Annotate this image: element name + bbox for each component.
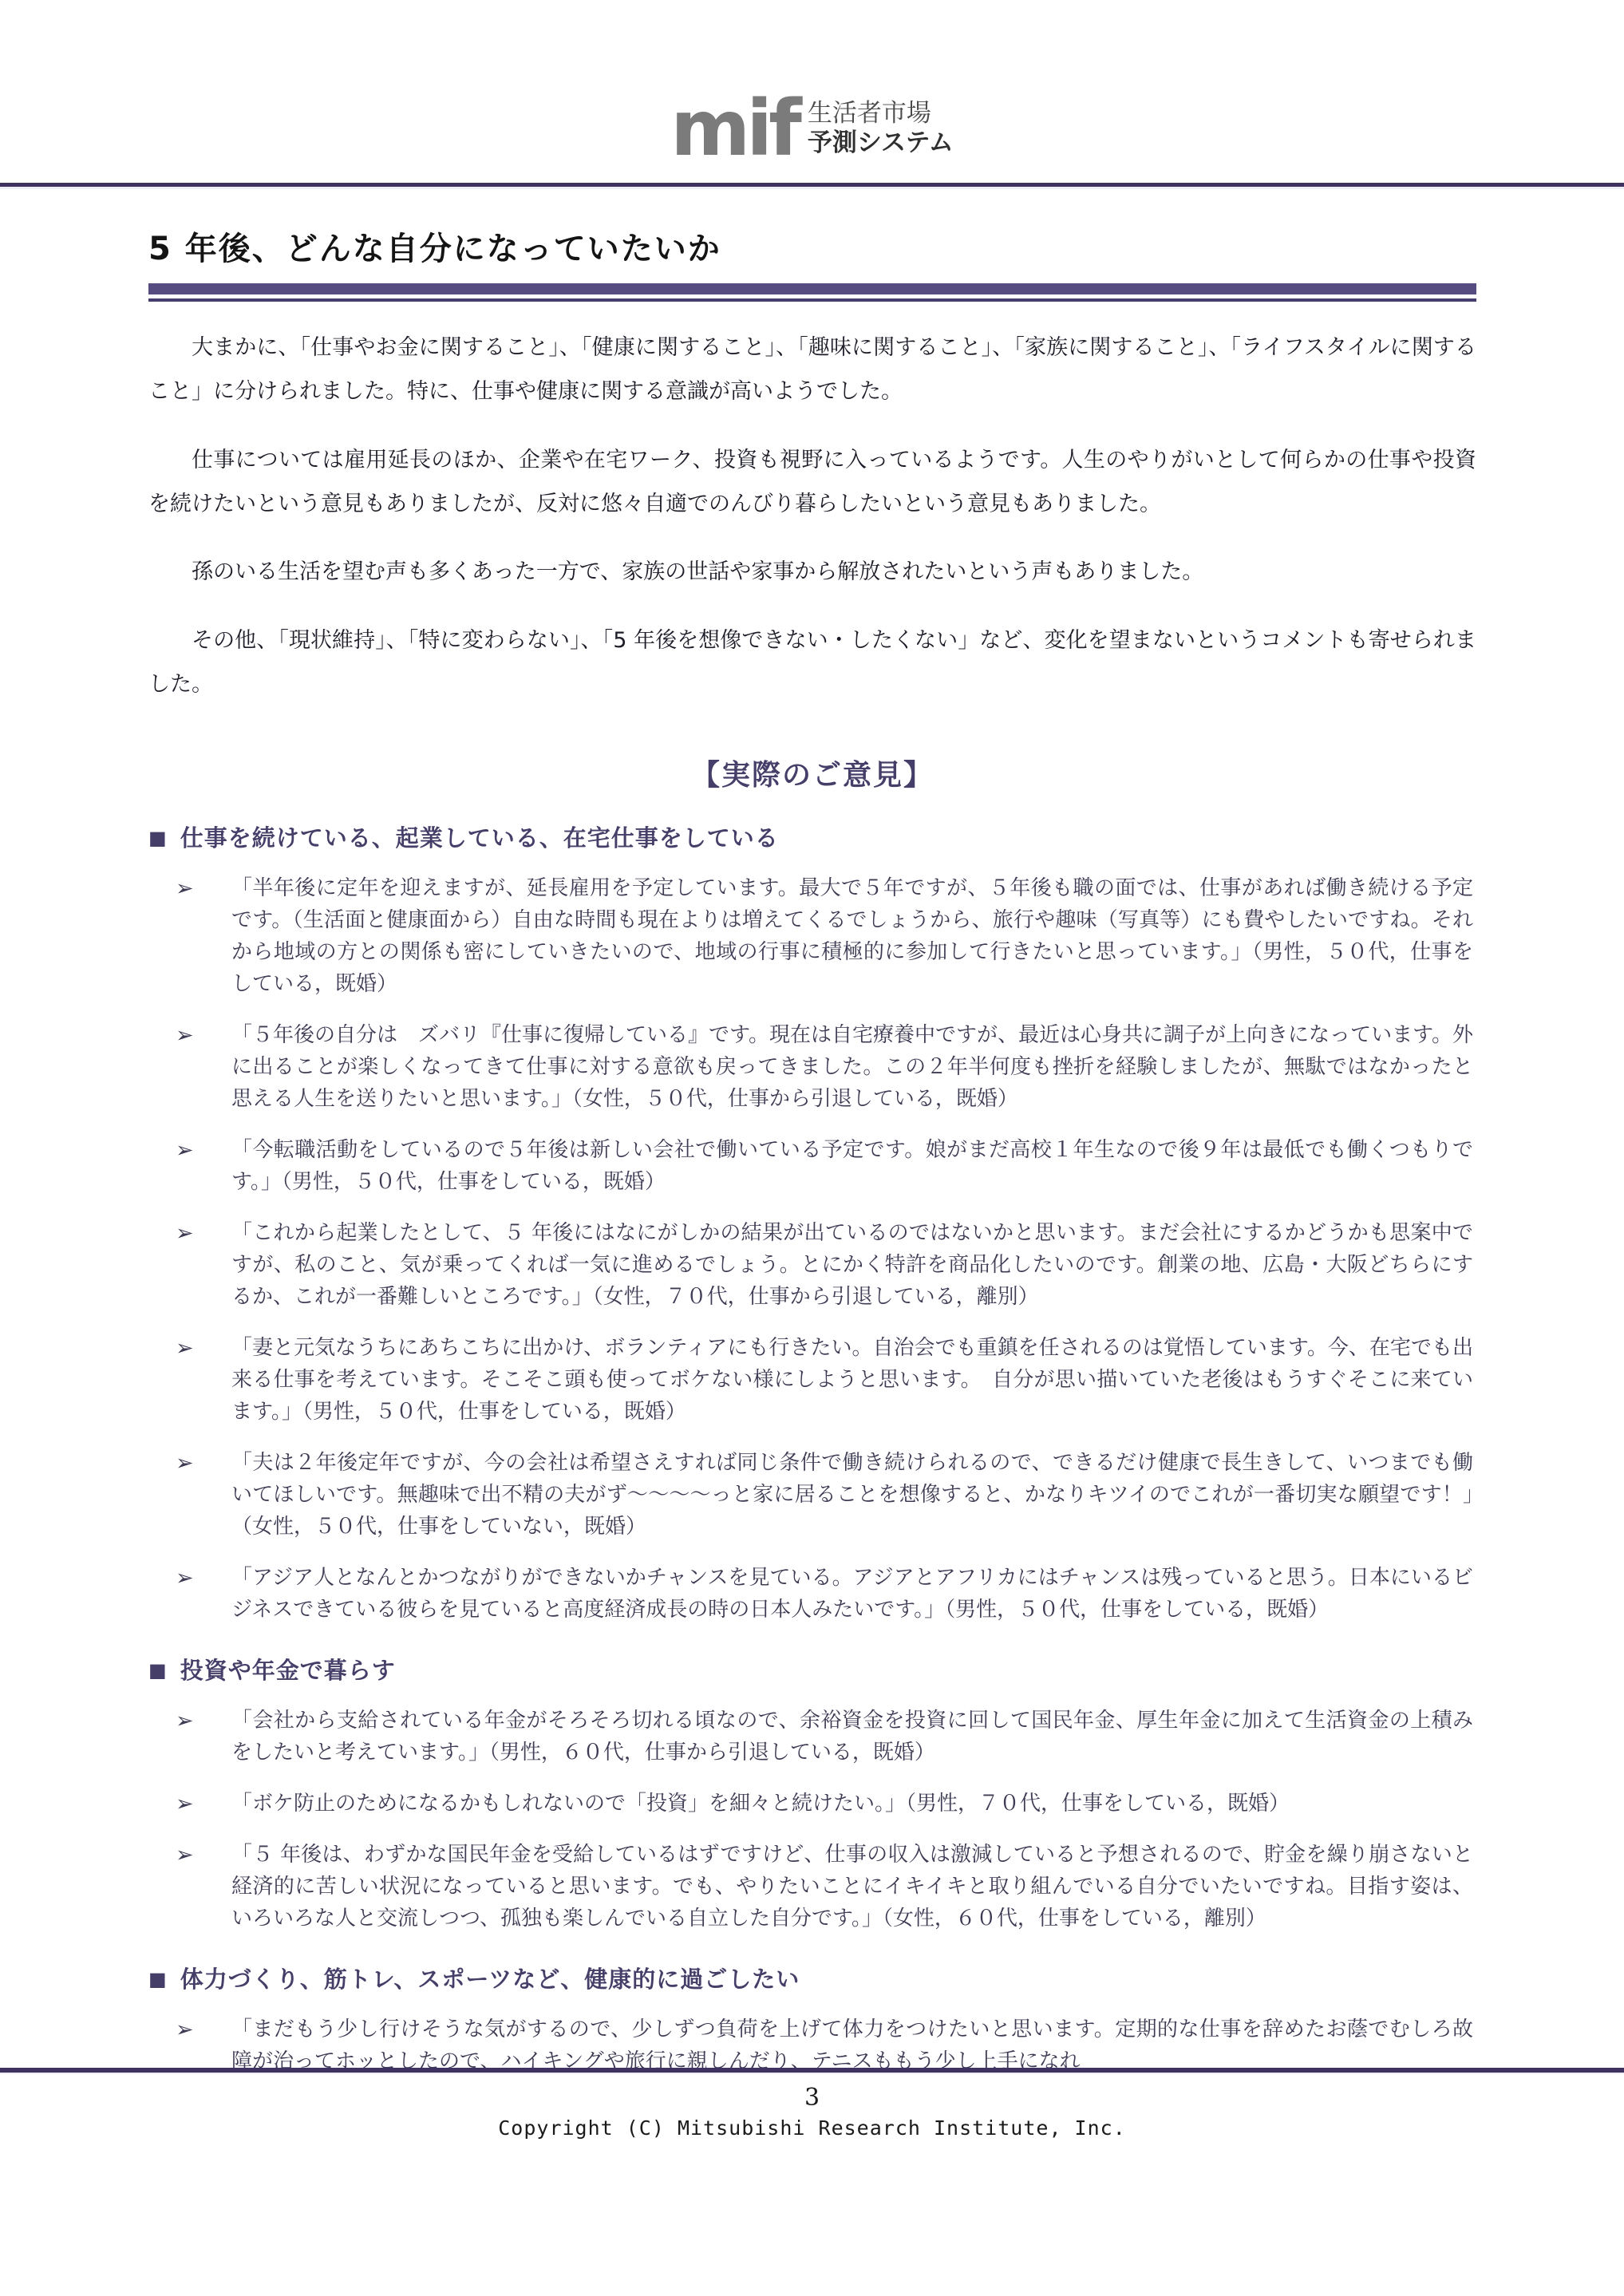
copyright-text: Copyright (C) Mitsubishi Research Instit… bbox=[0, 2116, 1624, 2140]
opinion-text: 「夫は２年後定年ですが、今の会社は希望さえすれば同じ条件で働き続けられるので、で… bbox=[231, 1451, 1473, 1539]
opinion-item: ➢ 「５年後の自分は ズバリ『仕事に復帰している』です。現在は自宅療養中ですが、… bbox=[148, 1019, 1476, 1115]
arrow-bullet-icon: ➢ bbox=[176, 1840, 194, 1871]
opinion-text: 「妻と元気なうちにあちこちに出かけ、ボランティアにも行きたい。自治会でも重鎮を任… bbox=[231, 1336, 1473, 1424]
mif-logo: mif 生活者市場 予測システム bbox=[670, 94, 954, 163]
opinion-text: 「半年後に定年を迎えますが、延長雇用を予定しています。最大で５年ですが、５年後も… bbox=[231, 876, 1473, 996]
arrow-bullet-icon: ➢ bbox=[176, 1135, 194, 1167]
opinion-text: 「これから起業したとして、５ 年後にはなにがしかの結果が出ているのではないかと思… bbox=[231, 1221, 1473, 1309]
opinion-item: ➢ 「妻と元気なうちにあちこちに出かけ、ボランティアにも行きたい。自治会でも重鎮… bbox=[148, 1332, 1476, 1428]
logo-text-block: 生活者市場 予測システム bbox=[808, 99, 954, 158]
footer-divider bbox=[0, 2068, 1624, 2073]
title-divider-thick bbox=[148, 283, 1476, 294]
opinion-text: 「まだもう少し行けそうな気がするので、少しずつ負荷を上げて体力をつけたいと思いま… bbox=[231, 2017, 1473, 2073]
arrow-bullet-icon: ➢ bbox=[176, 1788, 194, 1820]
logo-line2: 予測システム bbox=[808, 128, 954, 158]
header-divider bbox=[0, 183, 1624, 187]
document-content: 5 年後、どんな自分になっていたいか 大まかに、「仕事やお金に関すること」、「健… bbox=[148, 223, 1476, 2096]
opinion-text: 「会社から支給されている年金がそろそろ切れる頃なので、余裕資金を投資に回して国民… bbox=[231, 1709, 1473, 1764]
arrow-bullet-icon: ➢ bbox=[176, 1563, 194, 1595]
intro-paragraph-4: その他、「現状維持」、「特に変わらない」、「5 年後を想像できない・したくない」… bbox=[148, 618, 1476, 707]
arrow-bullet-icon: ➢ bbox=[176, 1333, 194, 1365]
arrow-bullet-icon: ➢ bbox=[176, 1020, 194, 1052]
opinion-item: ➢ 「アジア人となんとかつながりができないかチャンスを見ている。アジアとアフリカ… bbox=[148, 1562, 1476, 1626]
opinion-section-work: ■ 仕事を続けている、起業している、在宅仕事をしている ➢ 「半年後に定年を迎え… bbox=[148, 820, 1476, 1626]
section-title-text: 仕事を続けている、起業している、在宅仕事をしている bbox=[180, 820, 779, 853]
page-footer: 3 Copyright (C) Mitsubishi Research Inst… bbox=[0, 2068, 1624, 2140]
page-number: 3 bbox=[0, 2084, 1624, 2112]
opinion-item: ➢ 「半年後に定年を迎えますが、延長雇用を予定しています。最大で５年ですが、５年… bbox=[148, 872, 1476, 1000]
opinion-section-health: ■ 体力づくり、筋トレ、スポーツなど、健康的に過ごしたい ➢ 「まだもう少し行け… bbox=[148, 1962, 1476, 2077]
arrow-bullet-icon: ➢ bbox=[176, 2014, 194, 2046]
section-title-pension: ■ 投資や年金で暮らす bbox=[148, 1653, 1476, 1685]
section-title-health: ■ 体力づくり、筋トレ、スポーツなど、健康的に過ごしたい bbox=[148, 1962, 1476, 1994]
opinion-item: ➢ 「これから起業したとして、５ 年後にはなにがしかの結果が出ているのではないか… bbox=[148, 1217, 1476, 1313]
opinion-text: 「５ 年後は、わずかな国民年金を受給しているはずですけど、仕事の収入は激減してい… bbox=[231, 1843, 1473, 1930]
page-title: 5 年後、どんな自分になっていたいか bbox=[148, 223, 1476, 269]
section-title-text: 体力づくり、筋トレ、スポーツなど、健康的に過ごしたい bbox=[180, 1962, 800, 1994]
logo-line1: 生活者市場 bbox=[808, 99, 954, 128]
page-header: mif 生活者市場 予測システム bbox=[0, 94, 1624, 163]
arrow-bullet-icon: ➢ bbox=[176, 873, 194, 905]
opinion-item: ➢ 「会社から支給されている年金がそろそろ切れる頃なので、余裕資金を投資に回して… bbox=[148, 1705, 1476, 1768]
opinion-section-pension: ■ 投資や年金で暮らす ➢ 「会社から支給されている年金がそろそろ切れる頃なので… bbox=[148, 1653, 1476, 1934]
opinion-text: 「アジア人となんとかつながりができないかチャンスを見ている。アジアとアフリカには… bbox=[231, 1566, 1473, 1622]
opinion-item: ➢ 「５ 年後は、わずかな国民年金を受給しているはずですけど、仕事の収入は激減し… bbox=[148, 1839, 1476, 1934]
document-page: mif 生活者市場 予測システム 5 年後、どんな自分になっていたいか 大まかに… bbox=[0, 0, 1624, 2296]
opinion-item: ➢ 「今転職活動をしているので５年後は新しい会社で働いている予定です。娘がまだ高… bbox=[148, 1134, 1476, 1198]
mif-logo-icon: mif bbox=[670, 94, 798, 163]
arrow-bullet-icon: ➢ bbox=[176, 1448, 194, 1480]
section-title-work: ■ 仕事を続けている、起業している、在宅仕事をしている bbox=[148, 820, 1476, 853]
title-divider-thin bbox=[148, 298, 1476, 302]
square-bullet-icon: ■ bbox=[148, 1968, 168, 1990]
opinion-item: ➢ 「夫は２年後定年ですが、今の会社は希望さえすれば同じ条件で働き続けられるので… bbox=[148, 1447, 1476, 1543]
opinion-text: 「５年後の自分は ズバリ『仕事に復帰している』です。現在は自宅療養中ですが、最近… bbox=[231, 1023, 1473, 1111]
arrow-bullet-icon: ➢ bbox=[176, 1218, 194, 1250]
intro-paragraph-2: 仕事については雇用延長のほか、企業や在宅ワーク、投資も視野に入っているようです。… bbox=[148, 438, 1476, 527]
intro-paragraph-3: 孫のいる生活を望む声も多くあった一方で、家族の世話や家事から解放されたいという声… bbox=[148, 550, 1476, 594]
arrow-bullet-icon: ➢ bbox=[176, 1705, 194, 1737]
opinion-text: 「ボケ防止のためになるかもしれないので「投資」を細々と続けたい。」（男性，７０代… bbox=[231, 1792, 1290, 1816]
opinions-heading: 【実際のご意見】 bbox=[148, 753, 1476, 793]
opinion-text: 「今転職活動をしているので５年後は新しい会社で働いている予定です。娘がまだ高校１… bbox=[231, 1138, 1473, 1194]
square-bullet-icon: ■ bbox=[148, 827, 168, 849]
intro-paragraph-1: 大まかに、「仕事やお金に関すること」、「健康に関すること」、「趣味に関すること」… bbox=[148, 326, 1476, 414]
opinion-item: ➢ 「ボケ防止のためになるかもしれないので「投資」を細々と続けたい。」（男性，７… bbox=[148, 1788, 1476, 1820]
square-bullet-icon: ■ bbox=[148, 1659, 168, 1681]
section-title-text: 投資や年金で暮らす bbox=[180, 1653, 396, 1685]
